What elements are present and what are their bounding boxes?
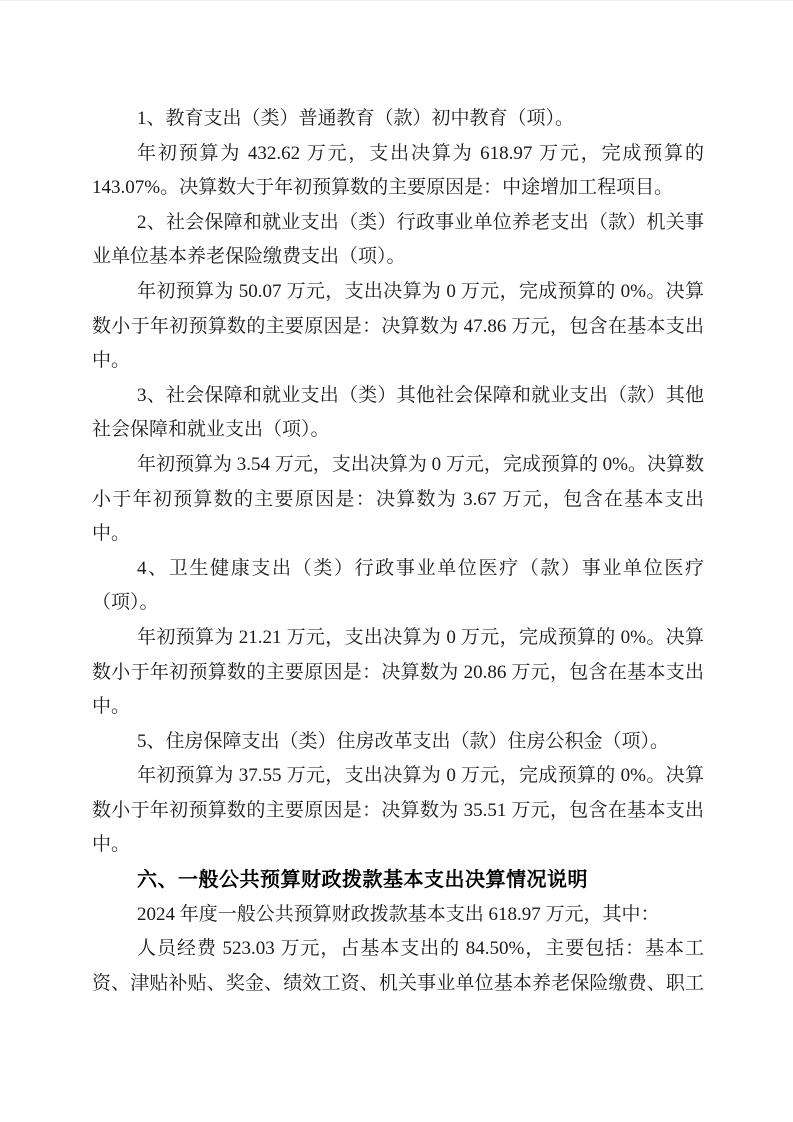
item4-detail-line-1: 年初预算为 21.21 万元，支出决算为 0 万元，完成预算的 0%。决算: [92, 621, 704, 656]
section-six-intro-line: 2024 年度一般公共预算财政拨款基本支出 618.97 万元，其中：: [92, 898, 704, 933]
item5-detail-line-1: 年初预算为 37.55 万元，支出决算为 0 万元，完成预算的 0%。决算: [92, 759, 704, 794]
personnel-expense-line-1: 人员经费 523.03 万元，占基本支出的 84.50%，主要包括：基本工: [92, 932, 704, 967]
personnel-expense-line-2: 资、津贴补贴、奖金、绩效工资、机关事业单位基本养老保险缴费、职工: [92, 967, 704, 1002]
item3-detail-line-2: 小于年初预算数的主要原因是：决算数为 3.67 万元，包含在基本支出: [92, 483, 704, 518]
item5-detail-line-3: 中。: [92, 828, 704, 863]
item2-detail-line-1: 年初预算为 50.07 万元，支出决算为 0 万元，完成预算的 0%。决算: [92, 275, 704, 310]
item5-category-line: 5、住房保障支出（类）住房改革支出（款）住房公积金（项）。: [92, 725, 704, 760]
item5-detail-line-2: 数小于年初预算数的主要原因是：决算数为 35.51 万元，包含在基本支出: [92, 794, 704, 829]
item4-detail-line-3: 中。: [92, 690, 704, 725]
document-body: 1、教育支出（类）普通教育（款）初中教育（项）。 年初预算为 432.62 万元…: [92, 102, 704, 1001]
item2-detail-line-2: 数小于年初预算数的主要原因是：决算数为 47.86 万元，包含在基本支出: [92, 310, 704, 345]
item2-category-line-1: 2、社会保障和就业支出（类）行政事业单位养老支出（款）机关事: [92, 206, 704, 241]
item3-detail-line-1: 年初预算为 3.54 万元，支出决算为 0 万元，完成预算的 0%。决算数: [92, 448, 704, 483]
item2-category-line-2: 业单位基本养老保险缴费支出（项）。: [92, 240, 704, 275]
item4-category-line-2: （项）。: [92, 586, 704, 621]
item3-detail-line-3: 中。: [92, 517, 704, 552]
item1-detail-line-2: 143.07%。决算数大于年初预算数的主要原因是：中途增加工程项目。: [92, 171, 704, 206]
item2-detail-line-3: 中。: [92, 344, 704, 379]
item3-category-line-2: 社会保障和就业支出（项）。: [92, 413, 704, 448]
item4-detail-line-2: 数小于年初预算数的主要原因是：决算数为 20.86 万元，包含在基本支出: [92, 656, 704, 691]
item3-category-line-1: 3、社会保障和就业支出（类）其他社会保障和就业支出（款）其他: [92, 379, 704, 414]
section-six-heading: 六、一般公共预算财政拨款基本支出决算情况说明: [92, 863, 704, 898]
document-page: 1、教育支出（类）普通教育（款）初中教育（项）。 年初预算为 432.62 万元…: [0, 0, 793, 1122]
item1-detail-line-1: 年初预算为 432.62 万元，支出决算为 618.97 万元，完成预算的: [92, 137, 704, 172]
item1-category-line: 1、教育支出（类）普通教育（款）初中教育（项）。: [92, 102, 704, 137]
item4-category-line-1: 4、卫生健康支出（类）行政事业单位医疗（款）事业单位医疗: [92, 552, 704, 587]
